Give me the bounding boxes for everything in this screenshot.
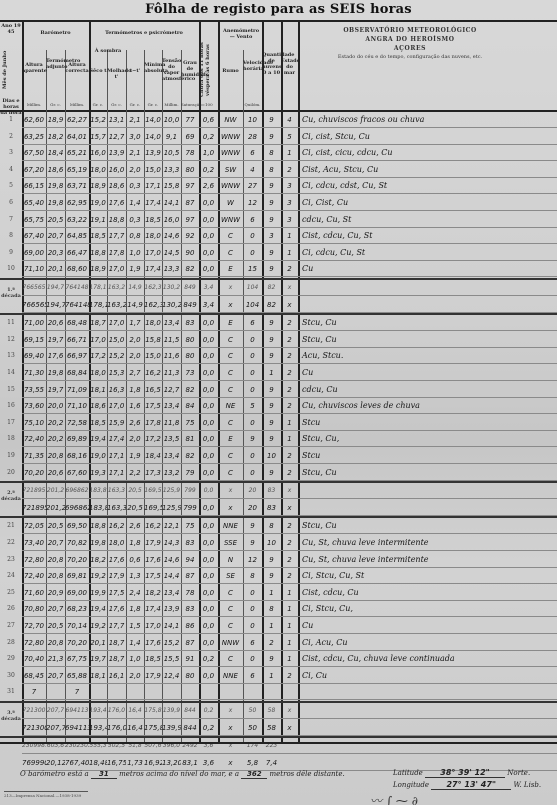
cell-vel: 104 [243, 280, 262, 296]
cell-t_adj: 201,2 [46, 483, 65, 499]
cell-alt_cor: 764148 [65, 280, 89, 296]
cell-alt_ap: 66,15 [22, 178, 46, 194]
cell-alt_cor: 69,89 [65, 431, 89, 447]
cell-obs: Stcu [298, 415, 557, 431]
cell-tens: 14,4 [162, 568, 181, 584]
cell-tens: 130,2 [162, 280, 181, 296]
cell-day: 11 [0, 315, 22, 331]
cell-alt_cor: 67,60 [65, 465, 89, 481]
table-row: 2970,4021,367,7519,718,71,018,515,5910,2… [0, 651, 557, 667]
cell-t_adj: 19,8 [46, 178, 65, 194]
col-apparent-height: Altura aparente [22, 62, 46, 82]
cell-tens: 13,4 [162, 448, 181, 464]
cell-seco: 16,0 [89, 145, 107, 161]
cell-vel: 12 [243, 195, 262, 211]
cell-tens: 13,20 [162, 755, 181, 771]
cell-alt_ap: 72,05 [22, 518, 46, 534]
cell-hum: 83 [181, 601, 199, 617]
unit-label: Gr. c. [89, 102, 107, 107]
cell-alt_ap: 71,30 [22, 365, 46, 381]
cell-chuva: 0,0 [199, 601, 218, 617]
cell-molh: 17,0 [107, 398, 126, 414]
cell-seco: 17,0 [89, 332, 107, 348]
cell-alt_cor: 62,27 [65, 112, 89, 128]
cell-day: 14 [0, 365, 22, 381]
cell-hum: 82 [181, 261, 199, 277]
cell-obs: Ci, cist, cicu, cdcu, Cu [298, 145, 557, 161]
cell-alt_ap: 71,00 [22, 315, 46, 331]
cell-nuv: 9 [262, 195, 281, 211]
cell-min: 175,8 [144, 703, 162, 719]
cell-molh: 15,2 [107, 348, 126, 364]
cell-vel: 0 [243, 382, 262, 398]
cell-rumo: C [218, 618, 243, 634]
cell-alt_cor: 70,20 [65, 552, 89, 568]
cell-alt_cor: 65,21 [65, 145, 89, 161]
cell-mar: 2 [281, 332, 298, 348]
cell-vel: 0 [243, 348, 262, 364]
cell-seco: 19,2 [89, 568, 107, 584]
cell-alt_ap: 68,45 [22, 668, 46, 684]
cell-diff: 1,0 [126, 245, 144, 261]
cell-vel: 9 [243, 431, 262, 447]
cell-day: 21 [0, 518, 22, 534]
thermometer-group-label: Termómetros e psicrómetro [89, 30, 199, 50]
longitude-value: 27° 13' 47" [431, 780, 511, 790]
cell-min: 507,6 [144, 738, 162, 754]
cell-seco: 15,7 [89, 129, 107, 145]
cell-t_adj: 20,0 [46, 398, 65, 414]
cell-molh: 176,0 [107, 703, 126, 719]
cell-alt_cor: 67,75 [65, 651, 89, 667]
cell-day [0, 297, 22, 313]
cell-rumo: E [218, 315, 243, 331]
cell-t_adj: 20,3 [46, 245, 65, 261]
cell-tens: 14,1 [162, 618, 181, 634]
table-row: 1071,1020,168,6018,917,01,917,413,3820,0… [0, 261, 557, 277]
cell-t_adj: 19,8 [46, 195, 65, 211]
cell-chuva: 0,0 [199, 212, 218, 228]
cell-nuv: 9 [262, 465, 281, 481]
cell-min: 18,4 [144, 448, 162, 464]
col-corrected-height: Altura correcta [65, 62, 89, 82]
cell-mar: 1 [281, 635, 298, 651]
cell-diff [126, 684, 144, 700]
cell-tens: 15,5 [162, 651, 181, 667]
cell-hum: 83 [181, 535, 199, 551]
cell-min: 17,1 [144, 178, 162, 194]
cell-alt_cor: 764148 [65, 297, 89, 313]
cell-nuv: 9 [262, 382, 281, 398]
cell-seco: 17,2 [89, 348, 107, 364]
cell-molh: 16,0 [107, 162, 126, 178]
cell-min: 17,9 [144, 668, 162, 684]
cell-chuva: 0,0 [199, 483, 218, 499]
cell-chuva: 0,0 [199, 228, 218, 244]
cell-molh: 18,7 [107, 635, 126, 651]
cell-chuva: 0,0 [199, 448, 218, 464]
col-minimum: Mínima absoluta [144, 62, 162, 82]
table-row: 1573,5519,771,0918,116,31,816,512,7820,0… [0, 382, 557, 398]
cell-alt_cor: 71,10 [65, 398, 89, 414]
cell-mar: 2 [281, 398, 298, 414]
cell-obs: Acu, Stcu. [298, 348, 557, 364]
cell-alt_ap: 70,20 [22, 465, 46, 481]
cell-nuv: 9 [262, 261, 281, 277]
unit-label: Gr. c. [144, 102, 162, 107]
stamp-city: ANGRA DO HEROÍSMO [330, 36, 490, 43]
cell-alt_cor: 696862 [65, 483, 89, 499]
cell-seco: 183,8 [89, 483, 107, 499]
cell-mar: 2 [281, 261, 298, 277]
cell-nuv: 9 [262, 212, 281, 228]
cell-min: 14,0 [144, 112, 162, 128]
cell-mar: 2 [281, 568, 298, 584]
cell-obs: Cu [298, 618, 557, 634]
decade-1-summary-a: 766565194,7764148178,1163,214,9162,3130,… [0, 280, 557, 296]
cell-alt_ap: 721895 [22, 500, 46, 516]
cell-nuv [262, 684, 281, 700]
decade-3-summary-a: 721300207,7694113193,4176,016,4175,8139,… [0, 703, 557, 719]
cell-alt_ap: 72,70 [22, 618, 46, 634]
cell-chuva: 0,0 [199, 431, 218, 447]
cell-tens: 10,5 [162, 145, 181, 161]
cell-day: 18 [0, 431, 22, 447]
cell-day: 8 [0, 228, 22, 244]
cell-alt_ap: 721300 [22, 703, 46, 719]
cell-molh: 17,0 [107, 315, 126, 331]
cell-chuva: 0,2 [199, 703, 218, 719]
cell-molh: 163,2 [107, 297, 126, 313]
cell-diff: 16,4 [126, 703, 144, 719]
table-row: 2172,0520,569,5018,816,22,616,212,1750,0… [0, 518, 557, 534]
cell-obs: Cist, cdcu, Cu, St [298, 228, 557, 244]
table-row: 566,1519,863,7118,918,60,317,115,8972,6W… [0, 178, 557, 194]
cell-vel [243, 684, 262, 700]
cell-rumo [218, 684, 243, 700]
cell-rumo: C [218, 585, 243, 601]
cell-t_adj: 20,1 [46, 261, 65, 277]
cell-obs: Ci, cist, Stcu, Cu [298, 129, 557, 145]
cell-chuva: 0,0 [199, 618, 218, 634]
longitude-line: Longitude 27° 13' 47" W. Lisb. [393, 780, 541, 790]
cell-alt_ap: 65,40 [22, 195, 46, 211]
cell-min: 17,0 [144, 245, 162, 261]
observations-column-title: Estado do céu e do tempo, configuração d… [330, 54, 490, 60]
cell-mar: 2 [281, 552, 298, 568]
cell-day: 12 [0, 332, 22, 348]
cell-day: 1 [0, 112, 22, 128]
table-row: 367,5018,465,2116,013,92,113,910,5781,0W… [0, 145, 557, 161]
table-row: 2070,2020,667,6019,317,12,217,313,2790,0… [0, 465, 557, 481]
cell-t_adj: 20,8 [46, 448, 65, 464]
cell-nuv: 2 [262, 635, 281, 651]
cell-rumo: x [218, 280, 243, 296]
cell-hum: 69 [181, 129, 199, 145]
cell-min: 17,9 [144, 535, 162, 551]
cell-seco: 19,1 [89, 212, 107, 228]
cell-seco: 19,2 [89, 618, 107, 634]
col-sea-state: Estado do mar [281, 58, 298, 78]
cell-day: 26 [0, 601, 22, 617]
cell-alt_cor: 767,40 [65, 755, 89, 771]
cell-tens: 13,9 [162, 601, 181, 617]
cell-seco: 18,0 [89, 365, 107, 381]
cell-day: 17 [0, 415, 22, 431]
cell-chuva: 0,0 [199, 261, 218, 277]
cell-nuv: 10 [262, 448, 281, 464]
cell-diff: 3,0 [126, 129, 144, 145]
cell-molh: 17,6 [107, 552, 126, 568]
cell-alt_ap: 75,10 [22, 415, 46, 431]
col-wet: Molhado t' [107, 68, 126, 88]
cell-mar: 2 [281, 365, 298, 381]
cell-molh: 17,4 [107, 431, 126, 447]
cell-min: 18,5 [144, 212, 162, 228]
cell-t_adj: 18,2 [46, 129, 65, 145]
cell-day: 25 [0, 585, 22, 601]
cell-seco: 19,0 [89, 195, 107, 211]
cell-seco: 18,5 [89, 228, 107, 244]
cell-molh: 16,3 [107, 382, 126, 398]
cell-alt_ap: 2309981 [22, 738, 46, 754]
cell-alt_cor: 696862 [65, 500, 89, 516]
cell-t_adj: 603,6 [46, 738, 65, 754]
cell-hum: 82 [181, 382, 199, 398]
cell-hum: 80 [181, 348, 199, 364]
cell-chuva: 3,4 [199, 280, 218, 296]
col-dry: Sêco t [89, 68, 107, 88]
cell-diff: 2,0 [126, 162, 144, 178]
col-rain: Chuva das 11 horas véspera às 6 horas [199, 40, 218, 100]
cell-obs: Stcu, Cu [298, 315, 557, 331]
cell-diff: 1,8 [126, 535, 144, 551]
cell-seco: 19,4 [89, 601, 107, 617]
cell-mar: 5 [281, 129, 298, 145]
cell-obs: Cist, Acu, Stcu, Cu [298, 162, 557, 178]
barometer-distance: 362 [241, 770, 267, 779]
cell-seco: 18,9 [89, 261, 107, 277]
latitude-line: Latitude 38° 39' 12" Norte. [393, 768, 530, 778]
cell-min: 169,5 [144, 483, 162, 499]
cell-vel: 27 [243, 178, 262, 194]
cell-alt_ap: 69,00 [22, 245, 46, 261]
cell-nuv: 8 [262, 162, 281, 178]
cell-mar: 2 [281, 162, 298, 178]
cell-nuv: 83 [262, 483, 281, 499]
cell-alt_ap: 70,80 [22, 601, 46, 617]
page-title: Fôlha de registo para as SEIS horas [0, 2, 557, 17]
cell-alt_cor: 70,14 [65, 618, 89, 634]
cell-min: 17,0 [144, 618, 162, 634]
cell-molh: 502,5 [107, 738, 126, 754]
cell-nuv: 9 [262, 552, 281, 568]
table-row: 162,6018,962,2715,213,12,114,010,0770,6N… [0, 112, 557, 128]
cell-alt_ap: 62,60 [22, 112, 46, 128]
cell-day: 30 [0, 668, 22, 684]
cell-rumo: WNW [218, 212, 243, 228]
cell-day: 16 [0, 398, 22, 414]
cell-alt_cor: 65,88 [65, 668, 89, 684]
cell-alt_ap: 71,60 [22, 585, 46, 601]
cell-molh: 176,0 [107, 720, 126, 736]
cell-day [0, 720, 22, 736]
cell-min: 17,4 [144, 261, 162, 277]
cell-alt_cor: 69,00 [65, 585, 89, 601]
cell-tens: 11,3 [162, 365, 181, 381]
monthly-total-row: 2309981603,62302303555,3502,551,8507,639… [0, 738, 557, 754]
cell-obs: Ci, Cist, Cu [298, 195, 557, 211]
cell-molh: 17,6 [107, 195, 126, 211]
cell-seco: 193,4 [89, 703, 107, 719]
table-row: 1971,3520,868,1619,017,11,918,413,4820,0… [0, 448, 557, 464]
cell-seco: 19,7 [89, 651, 107, 667]
cell-rumo: SW [218, 162, 243, 178]
cell-obs: Stcu, Cu, [298, 431, 557, 447]
cell-tens: 11,8 [162, 415, 181, 431]
cell-rumo: WNW [218, 129, 243, 145]
cell-tens: 9,1 [162, 129, 181, 145]
register-sheet: Fôlha de registo para as SEIS horas Ano … [0, 0, 557, 805]
cell-diff: 2,7 [126, 365, 144, 381]
cell-vel: 6 [243, 212, 262, 228]
cell-mar [281, 684, 298, 700]
table-bottom-rule [0, 742, 557, 744]
cell-diff: 1,9 [126, 261, 144, 277]
cell-tens: 125,9 [162, 500, 181, 516]
cell-day: 7 [0, 212, 22, 228]
cell-chuva: 1,0 [199, 145, 218, 161]
cell-obs: cdcu, Cu [298, 382, 557, 398]
cell-seco: 18,9 [89, 178, 107, 194]
cell-rumo: C [218, 465, 243, 481]
cell-rumo: C [218, 448, 243, 464]
cell-alt_cor: 7 [65, 684, 89, 700]
cell-seco: 19,0 [89, 448, 107, 464]
cell-seco: 18,1 [89, 382, 107, 398]
cell-molh: 17,9 [107, 568, 126, 584]
cell-nuv: 7,4 [262, 755, 281, 771]
cell-alt_ap: 766565 [22, 280, 46, 296]
cell-alt_cor: 65,19 [65, 162, 89, 178]
cell-chuva: 0,0 [199, 518, 218, 534]
cell-hum: 78 [181, 585, 199, 601]
cell-t_adj: 20,2 [46, 431, 65, 447]
col-attached-thermometer: Termómetro adjunto [46, 58, 65, 78]
cell-nuv: 9 [262, 431, 281, 447]
cell-mar: 2 [281, 348, 298, 364]
cell-mar: 2 [281, 465, 298, 481]
cell-alt_cor: 2302303 [65, 738, 89, 754]
cell-obs [298, 684, 557, 700]
cell-alt_cor: 63,71 [65, 178, 89, 194]
cell-nuv: 1 [262, 618, 281, 634]
cell-mar: 1 [281, 651, 298, 667]
cell-nuv: 10 [262, 535, 281, 551]
cell-min: 18,0 [144, 228, 162, 244]
unit-label: Millim. [162, 102, 181, 107]
cell-diff: 2,1 [126, 145, 144, 161]
cell-t_adj: 20,8 [46, 568, 65, 584]
cell-chuva: 0,0 [199, 552, 218, 568]
cell-chuva: 0,0 [199, 398, 218, 414]
cell-chuva: 0,0 [199, 585, 218, 601]
cell-nuv: 1 [262, 668, 281, 684]
cell-rumo: C [218, 365, 243, 381]
col-humidity: Grau de humidade [181, 60, 199, 80]
cell-obs: Ci, Stcu, Cu, St [298, 568, 557, 584]
cell-vel: 0 [243, 228, 262, 244]
cell-alt_ap: 72,40 [22, 568, 46, 584]
cell-chuva: 3,6 [199, 755, 218, 771]
cell-nuv: 9 [262, 178, 281, 194]
cell-rumo: C [218, 382, 243, 398]
cell-obs: Ci, cdcu, Cu, St [298, 245, 557, 261]
cell-alt_cor: 694113 [65, 703, 89, 719]
days-hours-label: Dias e horas da hora [0, 98, 22, 110]
table-row: 765,7520,563,2219,118,80,318,516,0970,0W… [0, 212, 557, 228]
cell-nuv: 8 [262, 601, 281, 617]
anemometer-group-label: Anemómetro — Vento [222, 28, 260, 48]
unit-label: Gr. c. [126, 102, 144, 107]
cell-diff: 1,8 [126, 601, 144, 617]
cell-t_adj: 20,5 [46, 618, 65, 634]
cell-vel: 5 [243, 398, 262, 414]
cell-molh: 17,8 [107, 245, 126, 261]
cell-obs: Cu, chuviscos fracos ou chuva [298, 112, 557, 128]
cell-hum: 80 [181, 332, 199, 348]
cell-hum: 79 [181, 465, 199, 481]
cell-diff: 51,8 [126, 738, 144, 754]
cell-vel: 20 [243, 483, 262, 499]
cell-rumo: NNW [218, 635, 243, 651]
cell-obs: Stcu, Cu [298, 465, 557, 481]
cell-seco: 19,3 [89, 465, 107, 481]
cell-obs: Cu [298, 365, 557, 381]
cell-min: 17,6 [144, 552, 162, 568]
cell-obs [298, 703, 557, 719]
cell-day: 20 [0, 465, 22, 481]
cell-hum: 2492 [181, 738, 199, 754]
cell-hum: 799 [181, 500, 199, 516]
signature: 〰 ∫ ⁓ ∂ [370, 792, 418, 805]
cell-rumo: C [218, 601, 243, 617]
cell-vel: 104 [243, 297, 262, 313]
cell-vel: 50 [243, 720, 262, 736]
table-row: 2472,4020,869,8119,217,91,317,514,4870,0… [0, 568, 557, 584]
cell-obs [298, 280, 557, 296]
cell-diff: 20,5 [126, 500, 144, 516]
cell-diff: 1,7 [126, 315, 144, 331]
cell-mar: 2 [281, 518, 298, 534]
barometer-altitude: 31 [91, 770, 117, 779]
cell-nuv: 1 [262, 585, 281, 601]
cell-day: 24 [0, 568, 22, 584]
cell-obs: Ci, Cu [298, 668, 557, 684]
cell-seco: 19,9 [89, 585, 107, 601]
cell-tens: 139,9 [162, 703, 181, 719]
cell-min: 15,0 [144, 162, 162, 178]
cell-diff: 14,9 [126, 297, 144, 313]
unit-label: Millim. [65, 102, 89, 107]
cell-vel: 0 [243, 448, 262, 464]
cell-alt_ap: 67,50 [22, 145, 46, 161]
cell-hum: 97 [181, 178, 199, 194]
cell-rumo: E [218, 431, 243, 447]
cell-seco: 20,1 [89, 635, 107, 651]
cell-chuva: 2,6 [199, 178, 218, 194]
cell-seco: 19,4 [89, 431, 107, 447]
